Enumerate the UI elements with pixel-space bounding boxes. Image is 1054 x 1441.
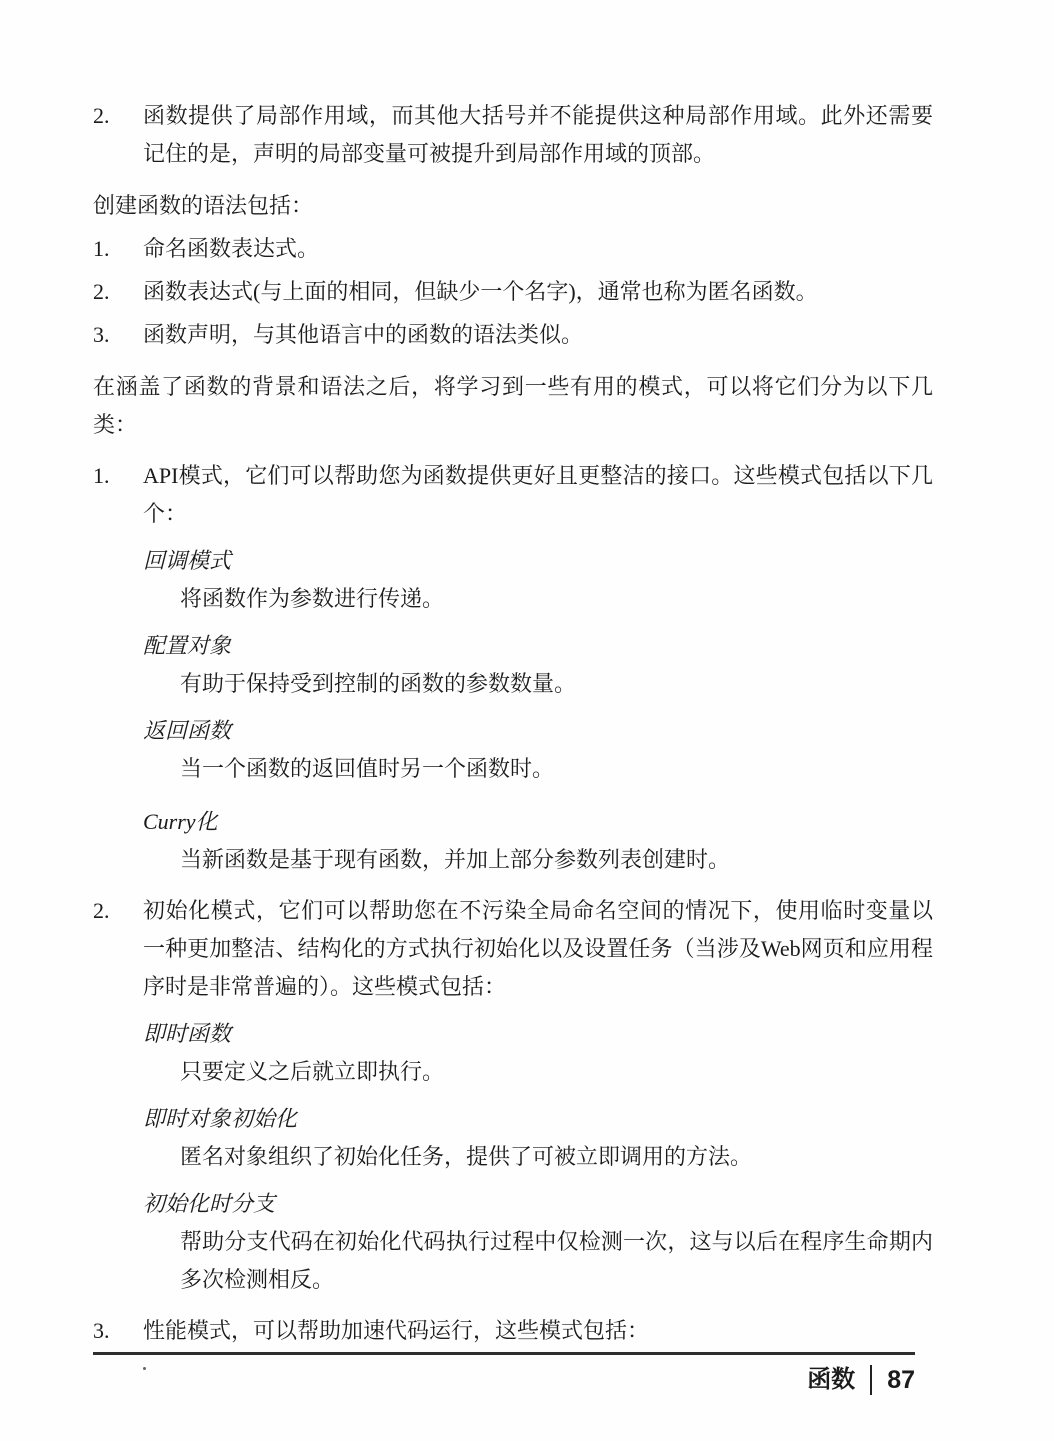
definition-desc: 有助于保持受到控制的函数的参数数量。 [180,665,933,703]
definition-immediate-function: 即时函数 只要定义之后就立即执行。 [143,1015,933,1091]
list-item-text: 初始化模式，它们可以帮助您在不污染全局命名空间的情况下，使用临时变量以一种更加整… [143,892,933,1006]
list-item-number: 1. [93,457,143,495]
footer-divider-line [93,1352,915,1355]
definition-desc: 只要定义之后就立即执行。 [180,1053,933,1091]
definition-term: 回调模式 [143,542,933,580]
scan-speck [143,1367,146,1370]
syntax-intro-paragraph: 创建函数的语法包括： [93,187,933,225]
definition-init-time-branching: 初始化时分支 帮助分支代码在初始化代码执行过程中仅检测一次，这与以后在程序生命期… [143,1185,933,1299]
list-item-number: 2. [93,97,143,135]
definition-desc: 将函数作为参数进行传递。 [180,580,933,618]
footer-separator-bar [870,1365,872,1395]
definition-config-object: 配置对象 有助于保持受到控制的函数的参数数量。 [143,627,933,703]
pattern-list-item-api: 1. API模式，它们可以帮助您为函数提供更好且更整洁的接口。这些模式包括以下几… [93,457,933,879]
book-page: 2. 函数提供了局部作用域，而其他大括号并不能提供这种局部作用域。此外还需要记住… [0,0,1054,1441]
list-item-text: 性能模式，可以帮助加速代码运行，这些模式包括： [143,1312,933,1350]
definition-currying: Curry化 当新函数是基于现有函数，并加上部分参数列表创建时。 [143,803,933,879]
definition-term: 返回函数 [143,712,933,750]
definition-immediate-object-init: 即时对象初始化 匿名对象组织了初始化任务，提供了可被立即调用的方法。 [143,1100,933,1176]
list-item-content: API模式，它们可以帮助您为函数提供更好且更整洁的接口。这些模式包括以下几个： … [143,457,933,879]
definition-term: 即时对象初始化 [143,1100,933,1138]
list-item-scope: 2. 函数提供了局部作用域，而其他大括号并不能提供这种局部作用域。此外还需要记住… [93,97,933,173]
definition-desc: 匿名对象组织了初始化任务，提供了可被立即调用的方法。 [180,1138,933,1176]
list-item-number: 1. [93,230,143,268]
definition-return-function: 返回函数 当一个函数的返回值时另一个函数时。 [143,712,933,788]
definition-callback: 回调模式 将函数作为参数进行传递。 [143,542,933,618]
list-item-number: 2. [93,892,143,930]
list-item-text: 函数声明，与其他语言中的函数的语法类似。 [143,316,933,354]
list-item-text: 命名函数表达式。 [143,230,933,268]
pattern-list-item-init: 2. 初始化模式，它们可以帮助您在不污染全局命名空间的情况下，使用临时变量以一种… [93,892,933,1299]
definition-term: 初始化时分支 [143,1185,933,1223]
definition-desc: 当新函数是基于现有函数，并加上部分参数列表创建时。 [180,841,933,879]
list-item-text: 函数提供了局部作用域，而其他大括号并不能提供这种局部作用域。此外还需要记住的是，… [143,97,933,173]
syntax-list-item: 3. 函数声明，与其他语言中的函数的语法类似。 [93,316,933,354]
list-item-content: 初始化模式，它们可以帮助您在不污染全局命名空间的情况下，使用临时变量以一种更加整… [143,892,933,1299]
definition-term: 配置对象 [143,627,933,665]
pattern-list-item-performance: 3. 性能模式，可以帮助加速代码运行，这些模式包括： [93,1312,933,1350]
list-item-number: 3. [93,1312,143,1350]
patterns-intro-paragraph: 在涵盖了函数的背景和语法之后，将学习到一些有用的模式，可以将它们分为以下几类： [93,368,933,444]
definition-desc: 帮助分支代码在初始化代码执行过程中仅检测一次，这与以后在程序生命期内多次检测相反… [180,1223,933,1299]
definition-term: Curry化 [143,803,933,841]
page-footer: 函数 87 [807,1361,915,1399]
definition-desc: 当一个函数的返回值时另一个函数时。 [180,750,933,788]
footer-chapter-title: 函数 [807,1361,855,1399]
page-body: 2. 函数提供了局部作用域，而其他大括号并不能提供这种局部作用域。此外还需要记住… [93,97,933,1350]
syntax-list-item: 1. 命名函数表达式。 [93,230,933,268]
list-item-text: API模式，它们可以帮助您为函数提供更好且更整洁的接口。这些模式包括以下几个： [143,457,933,533]
footer-page-number: 87 [887,1361,915,1399]
definition-term: 即时函数 [143,1015,933,1053]
list-item-text: 函数表达式(与上面的相同，但缺少一个名字)，通常也称为匿名函数。 [143,273,933,311]
list-item-number: 2. [93,273,143,311]
syntax-list-item: 2. 函数表达式(与上面的相同，但缺少一个名字)，通常也称为匿名函数。 [93,273,933,311]
list-item-number: 3. [93,316,143,354]
